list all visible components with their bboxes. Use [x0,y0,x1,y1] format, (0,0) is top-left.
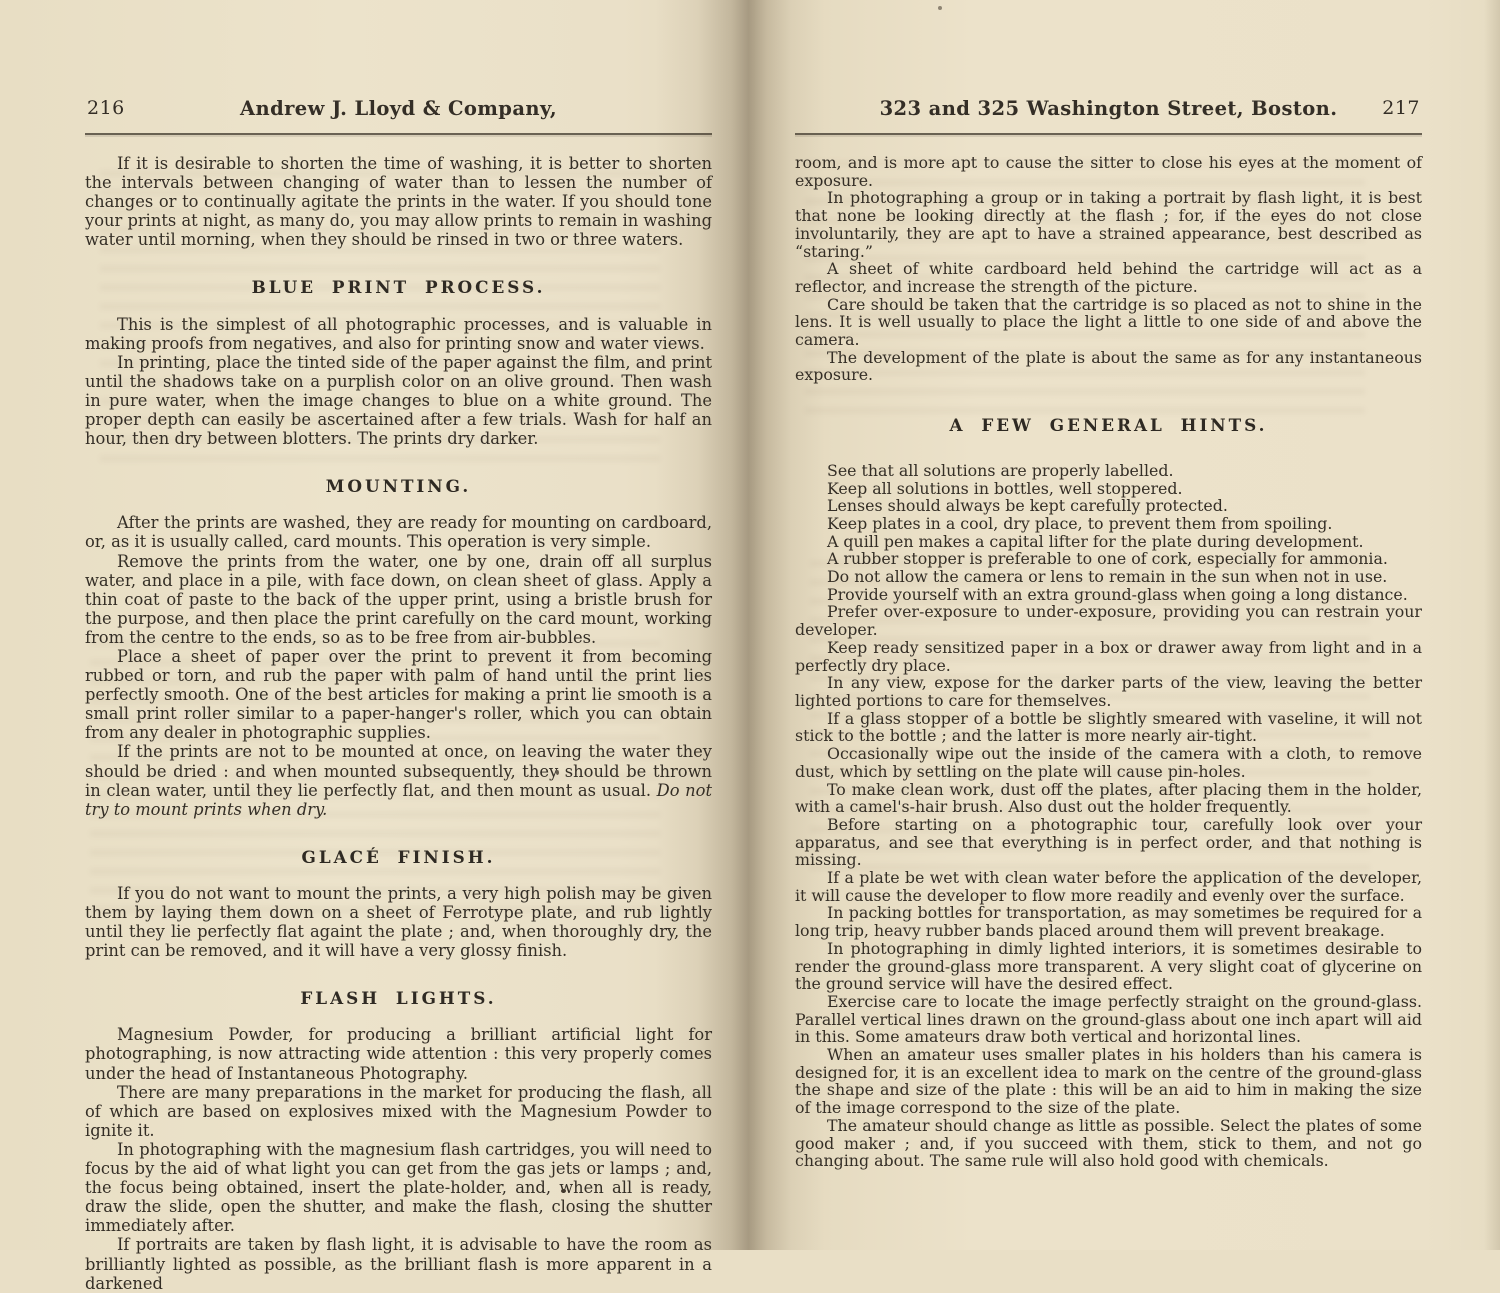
body-text: In any view, expose for the darker parts… [795,673,1422,710]
paragraph: The amateur should change as little as p… [795,1117,1422,1170]
paragraph: Exercise care to locate the image perfec… [795,993,1422,1046]
paragraph: In any view, expose for the darker parts… [795,674,1422,709]
body-text: In printing, place the tinted side of th… [85,353,712,448]
body-text: In photographing a group or in taking a … [795,188,1422,260]
body-text: If a plate be wet with clean water befor… [795,868,1422,905]
body-text: Lenses should always be kept carefully p… [827,496,1228,515]
paragraph: room, and is more apt to cause the sitte… [795,154,1422,189]
body-text: If you do not want to mount the prints, … [85,884,712,960]
paragraph: A quill pen makes a capital lifter for t… [795,533,1422,551]
paragraph: Magnesium Powder, for producing a brilli… [85,1025,712,1082]
body-text: Keep plates in a cool, dry place, to pre… [827,514,1332,533]
paragraph: Keep ready sensitized paper in a box or … [795,639,1422,674]
body-text: Keep all solutions in bottles, well stop… [827,479,1183,498]
paragraph: Place a sheet of paper over the print to… [85,647,712,742]
body-text: After the prints are washed, they are re… [85,513,712,551]
running-header: 323 and 325 Washington Street, Boston. [795,97,1422,120]
section-heading: BLUE PRINT PROCESS. [85,278,712,297]
paragraph: Care should be taken that the cartridge … [795,296,1422,349]
body-text: A quill pen makes a capital lifter for t… [827,532,1364,551]
page-header: 216 Andrew J. Lloyd & Company, [85,97,712,124]
body-text: If the prints are not to be mounted at o… [85,742,712,799]
paragraph: Before starting on a photographic tour, … [795,816,1422,869]
paragraph: The development of the plate is about th… [795,349,1422,384]
paragraph: If the prints are not to be mounted at o… [85,742,712,818]
paragraph: If portraits are taken by flash light, i… [85,1235,712,1250]
paragraph: A sheet of white cardboard held behind t… [795,260,1422,295]
body-text: room, and is more apt to cause the sitte… [795,153,1422,190]
body-text: Do not allow the camera or lens to remai… [827,567,1387,586]
paragraph: Prefer over-exposure to under-exposure, … [795,603,1422,638]
body-text: See that all solutions are properly labe… [827,461,1174,480]
paragraph: In packing bottles for transportation, a… [795,904,1422,939]
body-text: To make clean work, dust off the plates,… [795,780,1422,817]
body-text: There are many preparations in the marke… [85,1083,712,1140]
paragraph: Remove the prints from the water, one by… [85,552,712,647]
body-text: Remove the prints from the water, one by… [85,552,712,647]
body-text: A rubber stopper is preferable to one of… [827,549,1388,568]
body-text: Provide yourself with an extra ground-gl… [827,585,1408,604]
body-text: Keep ready sensitized paper in a box or … [795,638,1422,675]
body-text: When an amateur uses smaller plates in h… [795,1045,1422,1117]
page-edge-shade [1484,0,1500,1250]
body-text: Place a sheet of paper over the print to… [85,647,712,742]
paragraph: Lenses should always be kept carefully p… [795,497,1422,515]
paragraph: If a glass stopper of a bottle be slight… [795,710,1422,745]
paragraph: See that all solutions are properly labe… [795,462,1422,480]
section-heading: MOUNTING. [85,477,712,496]
body-text: If a glass stopper of a bottle be slight… [795,709,1422,746]
header-rule [795,133,1422,135]
body-text: In photographing in dimly lighted interi… [795,939,1422,993]
body-text: In photographing with the magnesium flas… [85,1140,712,1235]
paragraph: If a plate be wet with clean water befor… [795,869,1422,904]
paragraph: A rubber stopper is preferable to one of… [795,550,1422,568]
paragraph: When an amateur uses smaller plates in h… [795,1046,1422,1117]
body-text: The amateur should change as little as p… [795,1116,1422,1170]
paragraph: There are many preparations in the marke… [85,1083,712,1140]
book-spread: 216 Andrew J. Lloyd & Company, If it is … [0,0,1500,1250]
body-text: Magnesium Powder, for producing a brilli… [85,1025,712,1082]
right-page-content: 323 and 325 Washington Street, Boston. 2… [795,97,1422,1170]
left-page-content: 216 Andrew J. Lloyd & Company, If it is … [85,97,712,1250]
paragraph: Do not allow the camera or lens to remai… [795,568,1422,586]
body-text: Exercise care to locate the image perfec… [795,992,1422,1046]
paragraph: Keep all solutions in bottles, well stop… [795,480,1422,498]
paragraph: Keep plates in a cool, dry place, to pre… [795,515,1422,533]
section-heading: A FEW GENERAL HINTS. [795,417,1422,435]
paragraph: To make clean work, dust off the plates,… [795,781,1422,816]
page-number: 217 [1382,97,1420,119]
page-body: room, and is more apt to cause the sitte… [795,154,1422,1170]
paragraph: In photographing a group or in taking a … [795,189,1422,260]
paragraph: After the prints are washed, they are re… [85,513,712,551]
body-text: In packing bottles for transportation, a… [795,903,1422,940]
paragraph: If you do not want to mount the prints, … [85,884,712,960]
body-text: Care should be taken that the cartridge … [795,295,1422,349]
right-page: 323 and 325 Washington Street, Boston. 2… [755,0,1500,1250]
paragraph: In photographing in dimly lighted interi… [795,940,1422,993]
body-text: If portraits are taken by flash light, i… [85,1235,712,1250]
paragraph: This is the simplest of all photographic… [85,315,712,353]
left-page: 216 Andrew J. Lloyd & Company, If it is … [0,0,755,1250]
body-text: Before starting on a photographic tour, … [795,815,1422,869]
body-text: The development of the plate is about th… [795,348,1422,385]
section-heading: GLACÉ FINISH. [85,848,712,867]
paragraph: Provide yourself with an extra ground-gl… [795,586,1422,604]
body-text: A sheet of white cardboard held behind t… [795,259,1422,296]
body-text: Prefer over-exposure to under-exposure, … [795,602,1422,639]
paragraph: In printing, place the tinted side of th… [85,353,712,448]
page-body: If it is desirable to shorten the time o… [85,154,712,1250]
page-header: 323 and 325 Washington Street, Boston. 2… [795,97,1422,124]
running-header: Andrew J. Lloyd & Company, [85,97,712,120]
body-text: Occasionally wipe out the inside of the … [795,744,1422,781]
header-rule [85,133,712,135]
paragraph: In photographing with the magnesium flas… [85,1140,712,1235]
paragraph: Occasionally wipe out the inside of the … [795,745,1422,780]
body-text: This is the simplest of all photographic… [85,315,712,353]
paragraph: If it is desirable to shorten the time o… [85,154,712,249]
body-text: If it is desirable to shorten the time o… [85,154,712,249]
section-heading: FLASH LIGHTS. [85,989,712,1008]
